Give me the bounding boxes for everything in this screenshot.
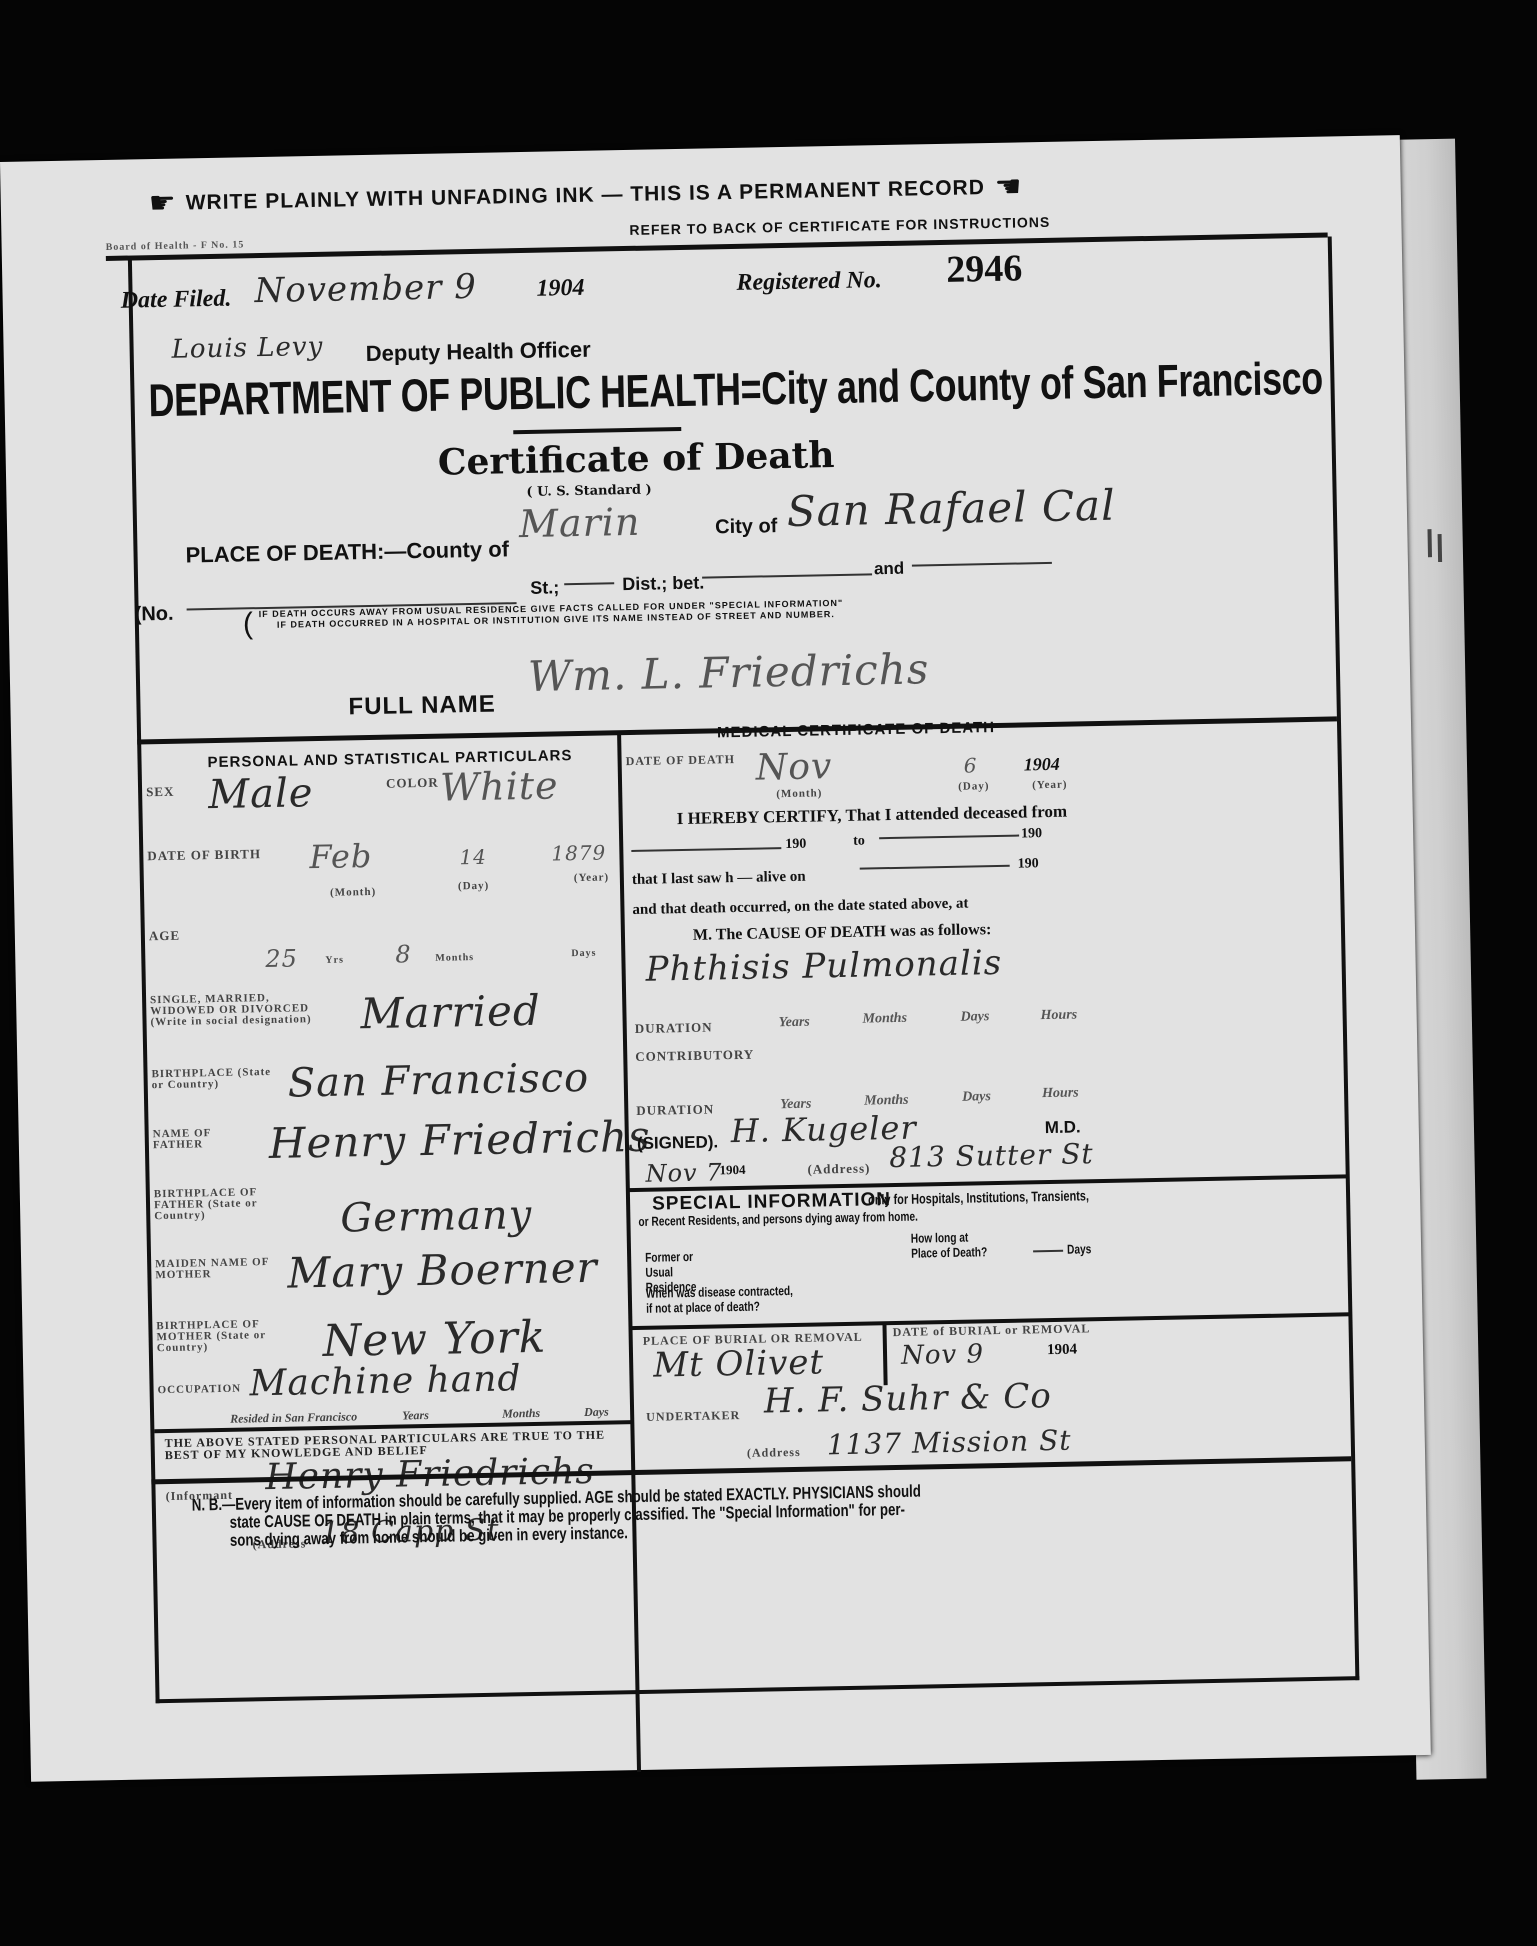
last-saw-year-prefix: 190 — [1018, 856, 1039, 872]
street-number-label: (No. — [135, 603, 174, 627]
mother-birthplace-label: BIRTHPLACE OF MOTHER (State or Country) — [156, 1319, 277, 1354]
physician-address-value: 813 Sutter St — [889, 1137, 1094, 1174]
last-saw-text: that I last saw h — alive on — [632, 869, 806, 889]
instruction-banner: ☛ WRITE PLAINLY WITH UNFADING INK — THIS… — [149, 172, 1023, 219]
date-filed-value: November 9 — [254, 267, 477, 311]
signed-year: 1904 — [719, 1162, 745, 1178]
dod-year: 1904 — [1024, 754, 1060, 776]
undertaker-value: H. F. Suhr & Co — [764, 1376, 1053, 1422]
father-birthplace-label: BIRTHPLACE OF FATHER (State or Country) — [154, 1187, 275, 1222]
sex-label: SEX — [146, 785, 175, 800]
pointing-hand-icon: ☛ — [149, 189, 176, 220]
father-label: NAME OF FATHER — [153, 1128, 233, 1152]
duration-hours-caption: Hours — [1040, 1007, 1077, 1024]
dob-label: DATE OF BIRTH — [147, 847, 261, 863]
form-id: Board of Health - F No. 15 — [106, 239, 245, 253]
dob-year-caption: (Year) — [574, 870, 610, 885]
street-label: St.; — [530, 577, 559, 599]
duration-years-caption: Years — [779, 1015, 810, 1032]
dob-month: Feb — [309, 837, 373, 876]
full-name-label: FULL NAME — [348, 691, 496, 722]
occupation-value: Machine hand — [249, 1358, 522, 1404]
md-label: M.D. — [1045, 1117, 1081, 1138]
mother-value: Mary Boerner — [287, 1243, 598, 1298]
age-months: 8 — [395, 940, 412, 968]
full-name-value: Wm. L. Friedrichs — [528, 644, 930, 701]
certificate-subtitle: ( U. S. Standard ) — [526, 483, 652, 500]
binding-mark — [1438, 534, 1443, 562]
age-months-caption: Months — [435, 951, 474, 966]
dod-label: DATE OF DEATH — [625, 752, 735, 768]
burial-date-value: Nov 9 — [901, 1339, 984, 1371]
occupation-label: OCCUPATION — [157, 1382, 241, 1398]
registered-label: Registered No. — [736, 267, 882, 297]
dob-year: 1879 — [551, 840, 606, 865]
death-certificate-page: ☛ WRITE PLAINLY WITH UNFADING INK — THIS… — [0, 135, 1431, 1782]
from-year-prefix: 190 — [785, 837, 806, 853]
binding-mark — [1427, 529, 1432, 557]
district-label: Dist.; bet. — [622, 573, 704, 596]
undertaker-label: UNDERTAKER — [646, 1408, 740, 1424]
banner-text: WRITE PLAINLY WITH UNFADING INK — THIS I… — [186, 176, 986, 215]
to-year-prefix: 190 — [1021, 826, 1042, 842]
officer-title: Deputy Health Officer — [366, 337, 591, 367]
refer-note: REFER TO BACK OF CERTIFICATE FOR INSTRUC… — [629, 214, 1050, 238]
city-value: San Rafael Cal — [786, 481, 1116, 536]
date-filed-label: Date Filed. — [120, 286, 231, 315]
to-label: to — [853, 834, 865, 850]
contributory-duration-label: DURATION — [636, 1102, 714, 1117]
dod-month-caption: (Month) — [776, 786, 822, 801]
how-long-label: How long at Place of Death? — [911, 1229, 997, 1261]
officer-signature: Louis Levy — [171, 332, 323, 365]
contributory-days-caption: Days — [962, 1089, 991, 1106]
birthplace-label: BIRTHPLACE (State or Country) — [151, 1067, 271, 1091]
date-filed-year: 1904 — [536, 275, 585, 303]
age-years: 25 — [265, 944, 298, 973]
father-birthplace-value: Germany — [340, 1192, 533, 1242]
dod-year-caption: (Year) — [1032, 778, 1068, 793]
city-label: City of — [715, 515, 778, 539]
dob-day: 14 — [459, 845, 487, 870]
dob-month-caption: (Month) — [330, 885, 376, 900]
age-days-caption: Days — [571, 947, 596, 961]
certificate-title: Certificate of Death — [437, 434, 834, 484]
sex-value: Male — [208, 770, 314, 818]
resided-years-caption: Years — [402, 1408, 429, 1424]
color-label: COLOR — [386, 776, 439, 791]
dod-day: 6 — [964, 753, 978, 777]
contributory-hours-caption: Hours — [1042, 1085, 1079, 1102]
marital-label: SINGLE, MARRIED, WIDOWED OR DIVORCED (Wr… — [150, 992, 321, 1028]
dod-day-caption: (Day) — [958, 779, 990, 794]
duration-label: DURATION — [635, 1020, 713, 1035]
marital-value: Married — [360, 986, 541, 1038]
dob-day-caption: (Day) — [458, 879, 490, 894]
county-value: Marin — [519, 500, 641, 546]
resided-months-caption: Months — [502, 1406, 540, 1422]
resided-days-caption: Days — [584, 1405, 609, 1420]
mother-label: MAIDEN NAME OF MOTHER — [155, 1257, 275, 1281]
burial-year: 1904 — [1047, 1342, 1077, 1360]
nb-label: N. B.— — [192, 1495, 236, 1515]
burial-place-value: Mt Olivet — [653, 1342, 825, 1385]
contributory-months-caption: Months — [864, 1093, 909, 1110]
birthplace-value: San Francisco — [287, 1055, 589, 1107]
dod-month: Nov — [755, 746, 832, 788]
registered-number: 2946 — [946, 246, 1023, 291]
color-value: White — [440, 763, 559, 809]
duration-days-caption: Days — [960, 1009, 989, 1026]
and-label: and — [874, 559, 905, 580]
pointing-hand-icon: ☛ — [995, 172, 1022, 203]
cause-value: Phthisis Pulmonalis — [645, 943, 1002, 990]
resided-label: Resided in San Francisco — [230, 1409, 357, 1426]
undertaker-address-value: 1137 Mission St — [826, 1424, 1071, 1462]
age-label: AGE — [149, 929, 180, 944]
physician-address-label: (Address) — [807, 1161, 870, 1176]
duration-months-caption: Months — [862, 1011, 907, 1028]
note-open-paren: ( — [243, 609, 254, 639]
age-years-caption: Yrs — [325, 954, 344, 968]
undertaker-address-label: (Address — [747, 1445, 801, 1460]
contributory-label: CONTRIBUTORY — [635, 1048, 754, 1064]
signed-date: Nov 7 — [645, 1158, 722, 1187]
signed-label: (SIGNED). — [637, 1132, 719, 1154]
father-value: Henry Friedrichs — [268, 1112, 651, 1168]
contracted-label: When was disease contracted, if not at p… — [646, 1283, 803, 1316]
how-long-days-label: Days — [1067, 1241, 1092, 1256]
